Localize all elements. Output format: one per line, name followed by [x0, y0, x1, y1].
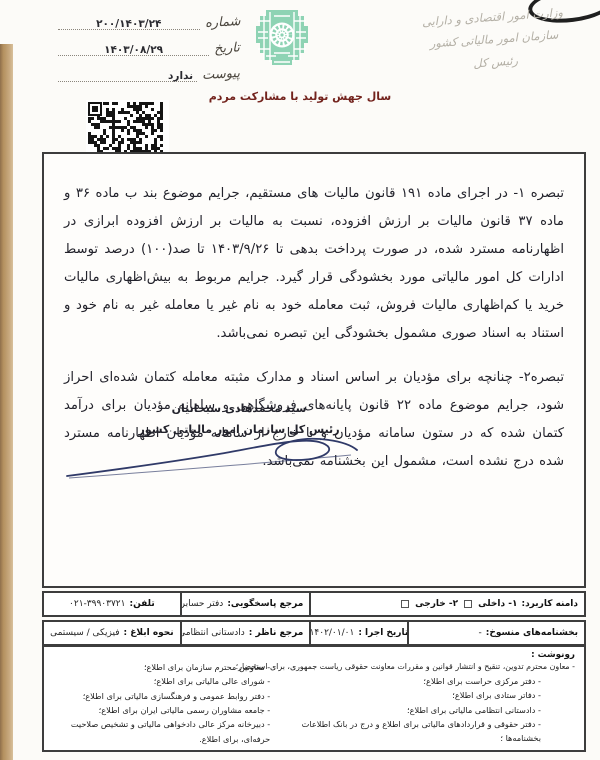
exec-date-value: ۱۴۰۲/۰۱/۰۱	[311, 628, 354, 638]
meta-row-1: دامنه کاربرد: ۱- داخلی ۲- خارجی مرجع پاس…	[42, 591, 586, 617]
phone-value: ۰۲۱-۳۹۹۰۳۷۲۱	[69, 599, 125, 609]
date-label: تاریخ	[214, 40, 241, 56]
repealed-cell: بخشنامه‌های منسوخ: -	[409, 622, 585, 644]
scope-option-external: ۲- خارجی	[415, 599, 458, 609]
notify-label: نحوه ابلاغ :	[124, 628, 174, 638]
cc-item: - معاون محترم تدوین، تنقیح و انتشار قوان…	[272, 660, 575, 674]
signer-name: سید محمدهادی سبحانیان	[114, 398, 364, 419]
attachment-value: ندارد	[168, 70, 193, 82]
cc-item: - دفتر روابط عمومی و فرهنگسازی مالیاتی ب…	[53, 689, 272, 703]
exec-date-cell: تاریخ اجرا : ۱۴۰۲/۰۱/۰۱	[311, 622, 408, 644]
date-value: ۱۴۰۳/۰۸/۲۹	[104, 44, 163, 56]
letterhead-calligraphy: وزارت امور اقتصادی و دارایی سازمان امور …	[394, 0, 594, 80]
cc-column-right: - معاون محترم تدوین، تنقیح و انتشار قوان…	[272, 660, 575, 746]
attachment-row: پیوست ندارد	[58, 56, 240, 82]
number-label: شماره	[204, 14, 240, 31]
attachment-label: پیوست	[202, 66, 241, 83]
cc-item: - معاونین محترم سازمان برای اطلاع؛	[53, 660, 272, 674]
responder-value: دفتر حسابرسی مالیاتی	[182, 599, 224, 609]
cc-distribution-box: رونوشت : - معاون محترم تدوین، تنقیح و ان…	[42, 645, 586, 752]
cc-item: - دفتر حقوقی و قراردادهای مالیاتی برای ا…	[272, 717, 575, 746]
responder-cell: مرجع پاسخگویی: دفتر حسابرسی مالیاتی	[182, 593, 312, 615]
attachment-line: ندارد	[58, 64, 197, 82]
scope-option-internal: ۱- داخلی	[478, 599, 517, 609]
date-line: ۱۴۰۳/۰۸/۲۹	[58, 38, 209, 56]
scanned-tax-circular-page: { "letterhead": { "ministry_line1": "وزا…	[0, 0, 600, 760]
cc-item: - دفتر مرکزی حراست برای اطلاع؛	[272, 674, 575, 688]
cc-item: - دفاتر ستادی برای اطلاع؛	[272, 688, 575, 702]
meta-row-2: بخشنامه‌های منسوخ: - تاریخ اجرا : ۱۴۰۲/۰…	[42, 620, 586, 646]
scan-page-edge	[0, 44, 13, 760]
notify-value: فیزیکی / سیستمی	[50, 628, 119, 638]
supervisor-label: مرجع ناظر :	[249, 628, 304, 638]
exec-date-label: تاریخ اجرا :	[358, 628, 408, 638]
cc-item: - شورای عالی مالیاتی برای اطلاع؛	[53, 674, 272, 688]
letter-reference-fields: شماره ۲۰۰/۱۴۰۳/۲۴ تاریخ ۱۴۰۳/۰۸/۲۹ پیوست…	[58, 4, 240, 82]
notify-cell: نحوه ابلاغ : فیزیکی / سیستمی	[44, 622, 182, 644]
cc-columns: - معاون محترم تدوین، تنقیح و انتشار قوان…	[53, 660, 575, 746]
date-row: تاریخ ۱۴۰۳/۰۸/۲۹	[58, 30, 240, 56]
cc-item: - جامعه مشاوران رسمی مالیاتی ایران برای …	[53, 703, 272, 717]
cc-item: - دبیرخانه مرکز عالی دادخواهی مالیاتی و …	[53, 717, 272, 746]
responder-label: مرجع پاسخگویی:	[227, 599, 303, 609]
repealed-value: -	[479, 628, 482, 638]
circular-meta-table: دامنه کاربرد: ۱- داخلی ۲- خارجی مرجع پاس…	[42, 591, 586, 646]
repealed-label: بخشنامه‌های منسوخ:	[486, 628, 578, 638]
number-line: ۲۰۰/۱۴۰۳/۲۴	[58, 12, 200, 30]
tax-administration-emblem-icon	[252, 5, 312, 71]
number-value: ۲۰۰/۱۴۰۳/۲۴	[96, 18, 161, 30]
letter-body-frame: تبصره ۱- در اجرای ماده ۱۹۱ قانون مالیات …	[42, 152, 586, 588]
scope-cell: دامنه کاربرد: ۱- داخلی ۲- خارجی	[311, 593, 584, 615]
qr-finder-square	[88, 102, 102, 116]
phone-cell: تلفن: ۰۲۱-۳۹۹۰۳۷۲۱	[44, 593, 182, 615]
body-paragraph-1: تبصره ۱- در اجرای ماده ۱۹۱ قانون مالیات …	[64, 180, 564, 348]
cc-column-left: - معاونین محترم سازمان برای اطلاع؛ - شور…	[53, 660, 272, 746]
scope-label: دامنه کاربرد:	[521, 599, 578, 609]
phone-label: تلفن:	[129, 599, 154, 609]
supervisor-cell: مرجع ناظر : دادستانی انتظامی مالیاتی	[182, 622, 312, 644]
signature-scribble	[59, 428, 369, 486]
cc-item: - دادستانی انتظامی مالیاتی برای اطلاع؛	[272, 703, 575, 717]
cc-heading: رونوشت :	[53, 650, 575, 660]
supervisor-value: دادستانی انتظامی مالیاتی	[182, 628, 245, 638]
number-row: شماره ۲۰۰/۱۴۰۳/۲۴	[58, 4, 240, 30]
checkbox-external[interactable]	[401, 600, 409, 608]
checkbox-internal[interactable]	[464, 600, 472, 608]
